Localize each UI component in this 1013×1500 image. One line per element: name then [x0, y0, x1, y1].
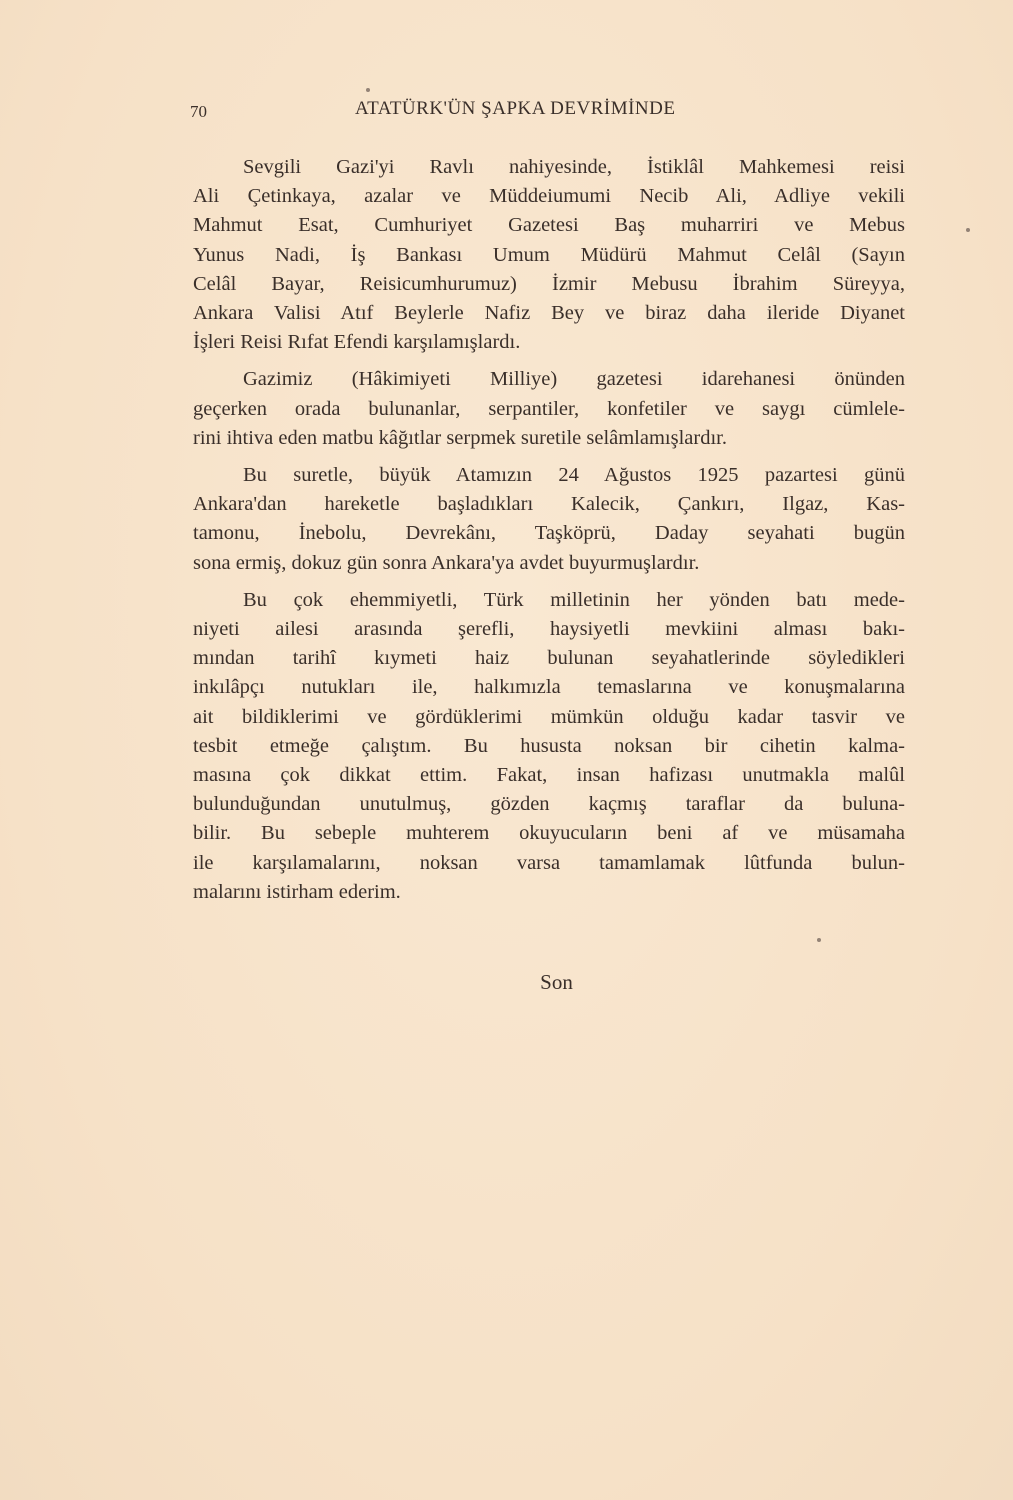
- text-line: Celâl Bayar, Reisicumhurumuz) İzmir Mebu…: [193, 270, 905, 299]
- paragraph-4: Bu çok ehemmiyetli, Türk milletinin her …: [193, 586, 905, 907]
- text-line: ile karşılamalarını, noksan varsa tamaml…: [193, 849, 905, 878]
- text-line: malarını istirham ederim.: [193, 878, 905, 907]
- text-line: rini ihtiva eden matbu kâğıtlar serpmek …: [193, 424, 905, 453]
- text-line: inkılâpçı nutukları ile, halkımızla tema…: [193, 673, 905, 702]
- end-mark: Son: [0, 970, 1013, 995]
- text-line: Ankara'dan hareketle başladıkları Kaleci…: [193, 490, 905, 519]
- text-line: sona ermiş, dokuz gün sonra Ankara'ya av…: [193, 549, 905, 578]
- text-line: İşleri Reisi Rıfat Efendi karşılamışlard…: [193, 328, 905, 357]
- text-line: bilir. Bu sebeple muhterem okuyucuların …: [193, 819, 905, 848]
- text-line: masına çok dikkat ettim. Fakat, insan ha…: [193, 761, 905, 790]
- paragraph-1: Sevgili Gazi'yi Ravlı nahiyesinde, İstik…: [193, 153, 905, 357]
- paragraph-3: Bu suretle, büyük Atamızın 24 Ağustos 19…: [193, 461, 905, 578]
- text-line: mından tarihî kıymeti haiz bulunan seyah…: [193, 644, 905, 673]
- running-title: ATATÜRK'ÜN ŞAPKA DEVRİMİNDE: [355, 98, 675, 120]
- text-line: niyeti ailesi arasında şerefli, haysiyet…: [193, 615, 905, 644]
- paragraph-2: Gazimiz (Hâkimiyeti Milliye) gazetesi id…: [193, 365, 905, 453]
- body-text: Sevgili Gazi'yi Ravlı nahiyesinde, İstik…: [193, 153, 905, 907]
- text-line: Ankara Valisi Atıf Beylerle Nafiz Bey ve…: [193, 299, 905, 328]
- ink-speck: [966, 228, 970, 232]
- text-line: tesbit etmeğe çalıştım. Bu hususta noksa…: [193, 732, 905, 761]
- text-line: Mahmut Esat, Cumhuriyet Gazetesi Baş muh…: [193, 211, 905, 240]
- page-number: 70: [190, 102, 207, 122]
- text-line: ait bildiklerimi ve gördüklerimi mümkün …: [193, 703, 905, 732]
- text-line: Ali Çetinkaya, azalar ve Müddeiumumi Nec…: [193, 182, 905, 211]
- text-line: bulunduğundan unutulmuş, gözden kaçmış t…: [193, 790, 905, 819]
- ink-speck: [366, 88, 370, 92]
- text-line: Yunus Nadi, İş Bankası Umum Müdürü Mahmu…: [193, 241, 905, 270]
- ink-speck: [817, 938, 821, 942]
- text-line: geçerken orada bulunanlar, serpantiler, …: [193, 395, 905, 424]
- text-line: tamonu, İnebolu, Devrekânı, Taşköprü, Da…: [193, 519, 905, 548]
- book-page: 70 ATATÜRK'ÜN ŞAPKA DEVRİMİNDE Sevgili G…: [0, 0, 1013, 1500]
- text-line: Sevgili Gazi'yi Ravlı nahiyesinde, İstik…: [193, 153, 905, 182]
- page-header: 70 ATATÜRK'ÜN ŞAPKA DEVRİMİNDE: [190, 98, 910, 128]
- text-line: Bu suretle, büyük Atamızın 24 Ağustos 19…: [193, 461, 905, 490]
- text-line: Gazimiz (Hâkimiyeti Milliye) gazetesi id…: [193, 365, 905, 394]
- text-line: Bu çok ehemmiyetli, Türk milletinin her …: [193, 586, 905, 615]
